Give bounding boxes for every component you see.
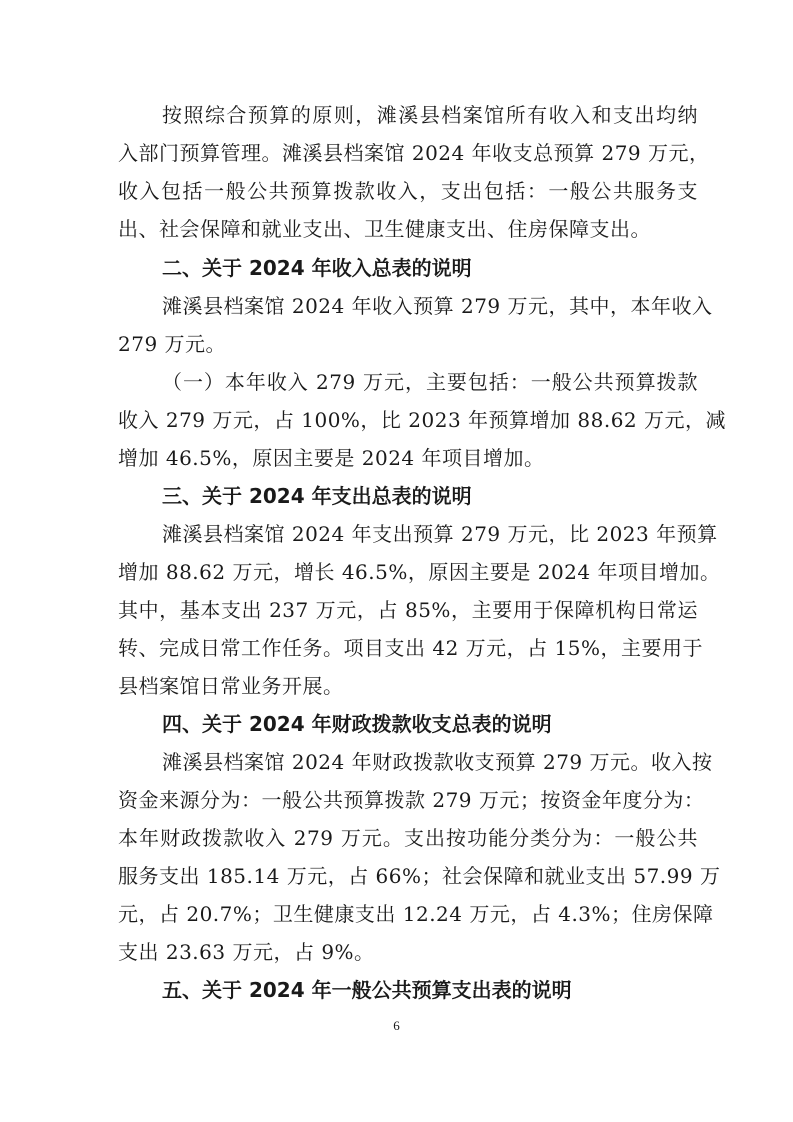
section-heading: 四、关于 2024 年财政拨款收支总表的说明 [162,709,552,739]
paragraph-line: （一）本年收入 279 万元，主要包括：一般公共预算拨款 [162,367,698,397]
section-heading: 五、关于 2024 年一般公共预算支出表的说明 [162,975,572,1005]
paragraph-line: 收入包括一般公共预算拨款收入，支出包括：一般公共服务支 [118,176,698,206]
paragraph-line: 服务支出 185.14 万元，占 66%；社会保障和就业支出 57.99 万 [118,861,698,891]
paragraph-line: 转、完成日常工作任务。项目支出 42 万元，占 15%，主要用于 [118,633,698,663]
paragraph-line: 滩溪县档案馆 2024 年收入预算 279 万元，其中，本年收入 [162,291,698,321]
paragraph-line: 按照综合预算的原则，滩溪县档案馆所有收入和支出均纳 [162,100,698,130]
paragraph-line: 入部门预算管理。滩溪县档案馆 2024 年收支总预算 279 万元， [118,138,698,168]
paragraph-line: 增加 46.5%，原因主要是 2024 年项目增加。 [118,443,698,473]
paragraph-line: 支出 23.63 万元，占 9%。 [118,937,698,967]
page-number: 6 [0,1018,793,1034]
paragraph-line: 出、社会保障和就业支出、卫生健康支出、住房保障支出。 [118,214,698,244]
section-heading: 三、关于 2024 年支出总表的说明 [162,481,472,511]
paragraph-line: 279 万元。 [118,329,698,359]
document-page: 按照综合预算的原则，滩溪县档案馆所有收入和支出均纳 入部门预算管理。滩溪县档案馆… [0,0,793,1122]
paragraph-line: 县档案馆日常业务开展。 [118,671,698,701]
paragraph-line: 增加 88.62 万元，增长 46.5%，原因主要是 2024 年项目增加。 [118,557,698,587]
paragraph-line: 滩溪县档案馆 2024 年财政拨款收支预算 279 万元。收入按 [162,747,698,777]
paragraph-line: 收入 279 万元，占 100%，比 2023 年预算增加 88.62 万元，减 [118,405,698,435]
paragraph-line: 本年财政拨款收入 279 万元。支出按功能分类分为：一般公共 [118,823,698,853]
section-heading: 二、关于 2024 年收入总表的说明 [162,253,472,283]
paragraph-line: 资金来源分为：一般公共预算拨款 279 万元；按资金年度分为： [118,785,698,815]
paragraph-line: 其中，基本支出 237 万元，占 85%，主要用于保障机构日常运 [118,595,698,625]
paragraph-line: 滩溪县档案馆 2024 年支出预算 279 万元，比 2023 年预算 [162,519,698,549]
paragraph-line: 元，占 20.7%；卫生健康支出 12.24 万元，占 4.3%；住房保障 [118,899,698,929]
